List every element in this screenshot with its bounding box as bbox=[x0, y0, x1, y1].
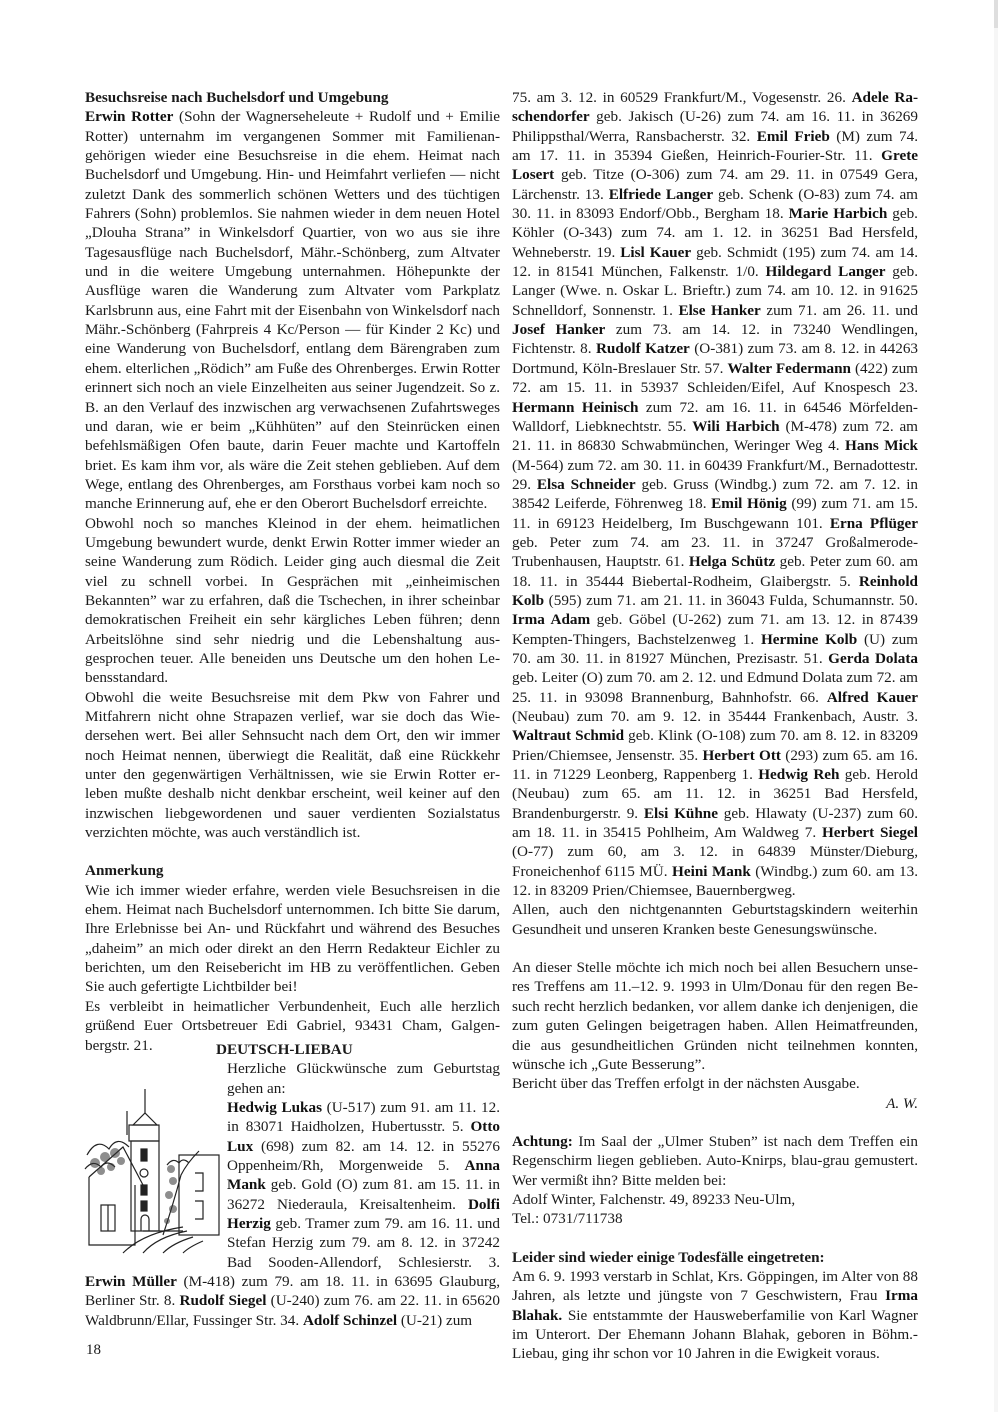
person-name: Heini Mank bbox=[672, 863, 751, 880]
scan-edge bbox=[994, 0, 998, 1412]
signature: A. W. bbox=[512, 1094, 918, 1113]
person-name: Hermann Heinisch bbox=[512, 399, 638, 416]
article-paragraph-3: Obwohl die weite Besuchsreise mit dem Pk… bbox=[85, 688, 500, 843]
article-person-name: Erwin Rotter bbox=[85, 108, 173, 125]
deaths-title: Leider sind wieder einige Todesfälle ein… bbox=[512, 1248, 918, 1267]
thanks-paragraph: An dieser Stelle möchte ich mich noch be… bbox=[512, 958, 918, 1074]
person-name: Hedwig Lukas bbox=[227, 1099, 322, 1116]
person-name: Irma Adam bbox=[512, 611, 590, 628]
person-name: Rudolf Katzer bbox=[596, 340, 690, 357]
person-name: Herbert Ott bbox=[702, 747, 781, 764]
deutsch-liebau-section: DEUTSCH-LIEBAU bbox=[85, 1040, 500, 1330]
person-name: Helga Schütz bbox=[689, 553, 775, 570]
person-name: Emil Frieb bbox=[757, 128, 830, 145]
report-note: Bericht über das Treffen erfolgt in der … bbox=[512, 1074, 918, 1093]
person-name: Elsa Schneider bbox=[537, 476, 636, 493]
note-paragraph-1: Wie ich immer wieder erfahre, werden vie… bbox=[85, 881, 500, 997]
person-name: Walter Federmann bbox=[727, 360, 851, 377]
person-name: Lisl Kauer bbox=[620, 244, 691, 261]
person-name: Elfriede Langer bbox=[609, 186, 713, 203]
closing-wishes: Allen, auch den nichtgenannten Geburtsta… bbox=[512, 900, 918, 939]
person-name: Erna Pflüger bbox=[830, 515, 918, 532]
notice-paragraph: Achtung: Im Saal der „Ulmer Stuben” ist … bbox=[512, 1132, 918, 1190]
deaths-paragraph: Am 6. 9. 1993 verstarb in Schlat, Krs. G… bbox=[512, 1267, 918, 1364]
person-name: Rudolf Siegel bbox=[180, 1292, 267, 1309]
person-name: Josef Hanker bbox=[512, 321, 605, 338]
person-name: Emil Hönig bbox=[711, 495, 787, 512]
article-paragraph-1: Erwin Rotter (Sohn der Wagnerseheleute +… bbox=[85, 107, 500, 513]
page-number: 18 bbox=[86, 1342, 101, 1359]
birthday-list-continued: 75. am 3. 12. in 60529 Frankfurt/M., Vog… bbox=[512, 88, 918, 900]
person-name: Adolf Schinzel bbox=[303, 1312, 397, 1329]
person-name: Erwin Müller bbox=[85, 1273, 177, 1290]
notice-contact-address: Adolf Winter, Falchenstr. 49, 89233 Neu-… bbox=[512, 1190, 918, 1209]
person-name: Else Hanker bbox=[678, 302, 760, 319]
person-name: Hans Mick bbox=[845, 437, 918, 454]
person-name: Hildegard Langer bbox=[766, 263, 886, 280]
person-name: Herbert Siegel bbox=[822, 824, 918, 841]
person-name: Elsi Kühne bbox=[644, 805, 718, 822]
church-village-illustration bbox=[83, 1085, 221, 1263]
person-name: Hermine Kolb bbox=[761, 631, 857, 648]
person-name: Gerda Dolata bbox=[828, 650, 918, 667]
article-title: Besuchsreise nach Buchelsdorf und Umgebu… bbox=[85, 88, 500, 107]
notice-label: Achtung: bbox=[512, 1133, 573, 1150]
left-column: Besuchsreise nach Buchelsdorf und Umgebu… bbox=[85, 88, 500, 1055]
church-sketch-icon bbox=[83, 1085, 221, 1255]
person-name: Marie Harbich bbox=[789, 205, 888, 222]
notice-contact-phone: Tel.: 0731/711738 bbox=[512, 1209, 918, 1228]
note-title: Anmerkung bbox=[85, 861, 500, 880]
person-name: Hedwig Reh bbox=[758, 766, 839, 783]
right-column: 75. am 3. 12. in 60529 Frankfurt/M., Vog… bbox=[512, 88, 918, 1364]
section-title: DEUTSCH-LIEBAU bbox=[216, 1040, 500, 1059]
person-name: Waltraut Schmid bbox=[512, 727, 624, 744]
person-name: Alfred Kauer bbox=[827, 689, 918, 706]
person-name: Wili Harbich bbox=[692, 418, 779, 435]
article-paragraph-2: Obwohl noch so manches Kleinod in der eh… bbox=[85, 514, 500, 688]
